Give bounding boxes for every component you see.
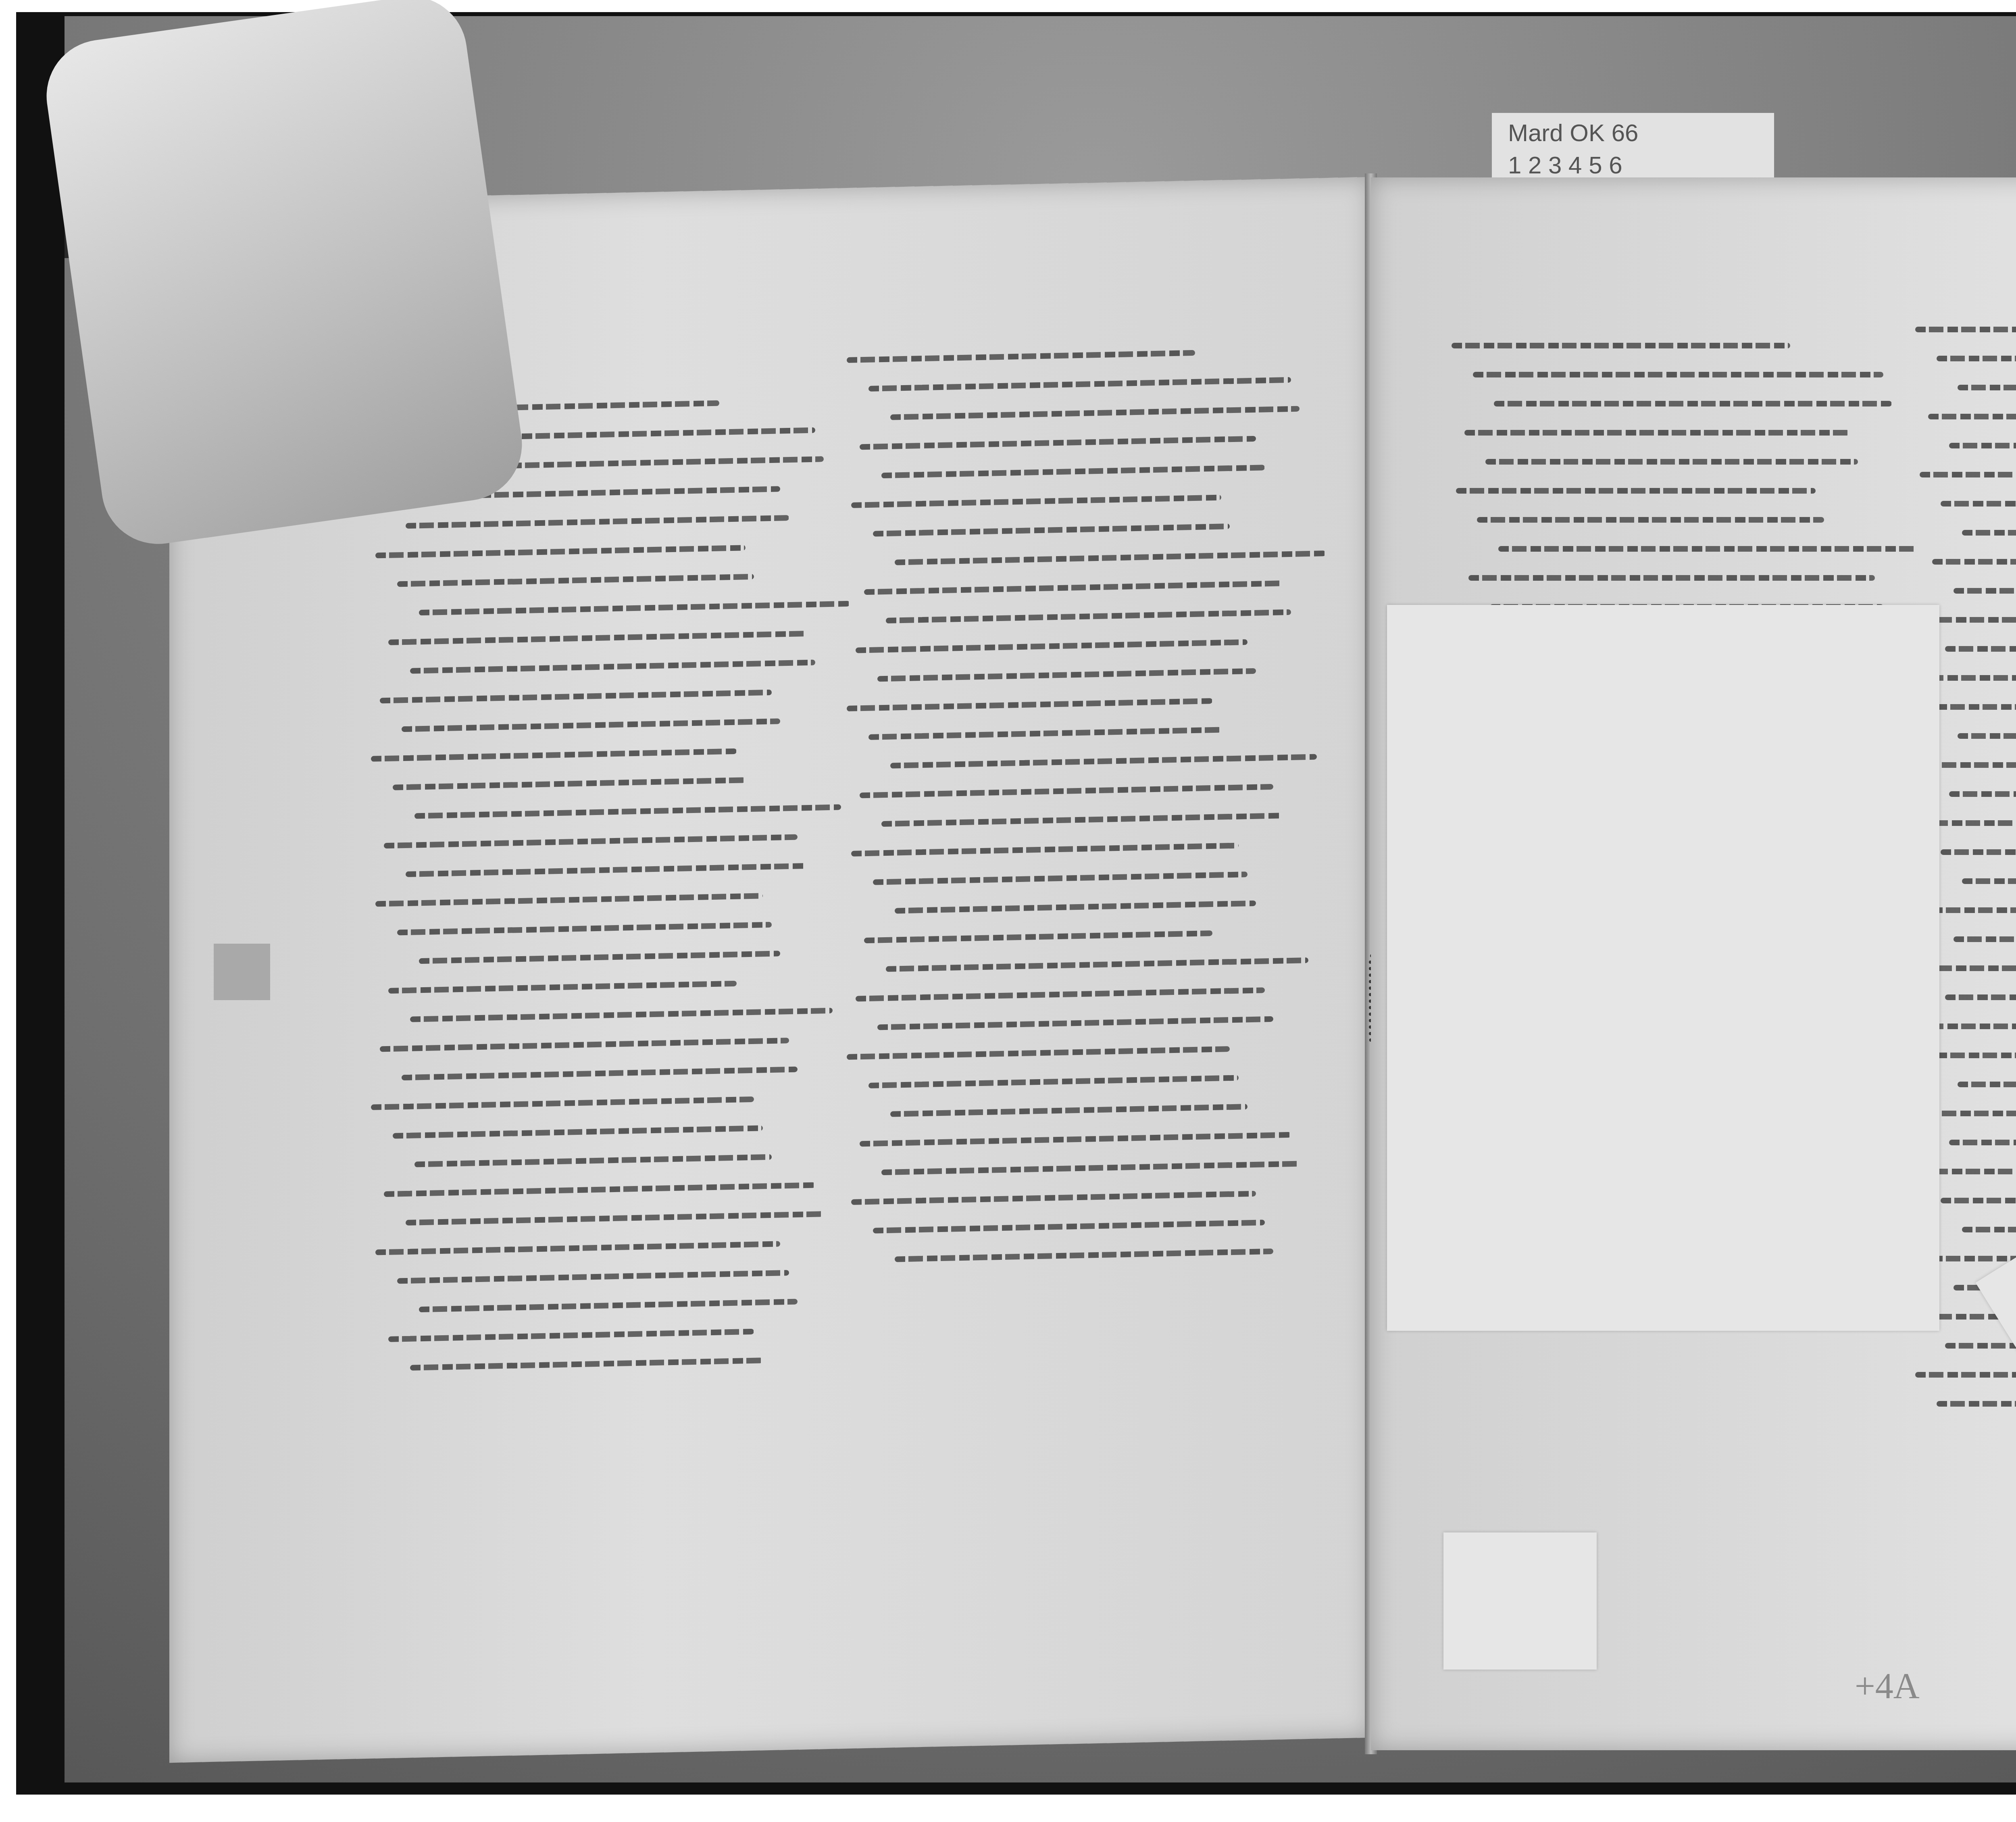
page-tab (214, 944, 270, 1000)
script-line (890, 754, 1317, 769)
script-line (1937, 356, 2016, 361)
script-line (1932, 907, 2016, 913)
script-line (1915, 327, 2016, 332)
script-line (397, 1270, 789, 1284)
script-line (1473, 372, 1884, 377)
script-line (375, 893, 763, 907)
script-line (410, 660, 815, 674)
script-line (1945, 994, 2016, 1000)
script-line (406, 863, 806, 877)
script-line (419, 601, 850, 615)
script-line (890, 1104, 1248, 1117)
script-line (868, 1075, 1239, 1088)
script-line (375, 545, 746, 558)
script-line (1915, 1372, 2016, 1378)
script-line (1494, 401, 1892, 407)
script-line (371, 1097, 754, 1110)
script-line (895, 901, 1256, 914)
script-line (384, 1182, 815, 1197)
left-hand (39, 0, 529, 551)
script-line (864, 580, 1282, 595)
script-line (1498, 546, 1918, 552)
script-line (1958, 385, 2016, 390)
repair-patch-small (1443, 1532, 1597, 1670)
left-page-column-inner (847, 348, 1282, 1286)
left-page-column-outer (371, 398, 806, 1395)
script-line (881, 813, 1282, 827)
script-line (881, 1161, 1300, 1175)
script-line (851, 1191, 1256, 1205)
script-line (860, 436, 1256, 450)
script-line (851, 843, 1239, 857)
script-line (847, 1046, 1230, 1060)
script-line (1945, 646, 2016, 652)
script-line (1477, 517, 1824, 523)
script-line (1941, 849, 2016, 855)
script-line (410, 1357, 763, 1370)
script-line (860, 1132, 1291, 1147)
script-line (1958, 733, 2016, 739)
script-line (384, 834, 798, 848)
script-line (414, 1154, 772, 1167)
script-line (1928, 1111, 2016, 1116)
shelfmark-line-2: 1 2 3 4 5 6 (1508, 149, 1758, 181)
script-line (868, 377, 1291, 392)
script-line (856, 987, 1265, 1001)
script-line (380, 1038, 789, 1052)
script-line (397, 574, 754, 587)
script-line (877, 1016, 1274, 1030)
script-line (388, 981, 737, 994)
script-line (1937, 704, 2016, 710)
script-line (895, 1249, 1274, 1262)
script-line (873, 871, 1248, 885)
script-line (1928, 414, 2016, 419)
script-line (1937, 1401, 2016, 1407)
repair-patch-large (1387, 605, 1939, 1331)
script-line (873, 523, 1230, 537)
script-line (388, 631, 806, 645)
script-line (393, 1125, 763, 1138)
script-line (1485, 459, 1858, 465)
script-line (873, 1220, 1265, 1233)
script-line (860, 784, 1273, 798)
footer-pencil-mark: +4A (1855, 1666, 1920, 1707)
script-line (371, 748, 737, 762)
script-line (1949, 1140, 2016, 1145)
script-line (402, 718, 781, 732)
script-line (1962, 878, 2016, 884)
script-line (380, 690, 772, 703)
script-line (1932, 559, 2016, 565)
script-line (1920, 472, 2016, 477)
script-line (847, 698, 1212, 711)
script-line (1464, 430, 1850, 436)
script-line (851, 495, 1221, 508)
script-line (410, 1008, 833, 1022)
script-line (414, 804, 841, 819)
script-line (1937, 1053, 2016, 1058)
script-line (419, 1299, 798, 1313)
script-line (1941, 1198, 2016, 1203)
script-line (1468, 575, 1875, 581)
script-line (1954, 588, 2016, 594)
script-line (1941, 501, 2016, 507)
script-line (393, 777, 746, 790)
script-line (868, 727, 1221, 740)
script-line (886, 957, 1308, 972)
script-line (890, 406, 1300, 420)
script-line (864, 930, 1212, 943)
script-line (881, 465, 1264, 478)
script-line (877, 668, 1256, 682)
script-line (397, 922, 772, 935)
script-line (406, 1211, 824, 1226)
script-line (1452, 343, 1790, 348)
script-line (895, 550, 1326, 565)
script-line (375, 1241, 780, 1255)
shelfmark-line-1: Mard OK 66 (1508, 117, 1758, 149)
script-line (847, 350, 1195, 363)
script-line (1962, 530, 2016, 536)
script-line (419, 951, 780, 964)
script-line (1958, 1082, 2016, 1087)
script-line (1928, 762, 2016, 768)
script-line (1962, 1227, 2016, 1232)
script-line (856, 639, 1248, 653)
script-line (388, 1329, 754, 1342)
script-line (1949, 443, 2016, 448)
script-line (406, 515, 789, 529)
script-line (1954, 936, 2016, 942)
script-line (1945, 1343, 2016, 1349)
script-line (1932, 1256, 2016, 1261)
script-line (1456, 488, 1816, 494)
script-line (1949, 791, 2016, 797)
script-line (886, 609, 1291, 623)
script-line (402, 1067, 798, 1081)
